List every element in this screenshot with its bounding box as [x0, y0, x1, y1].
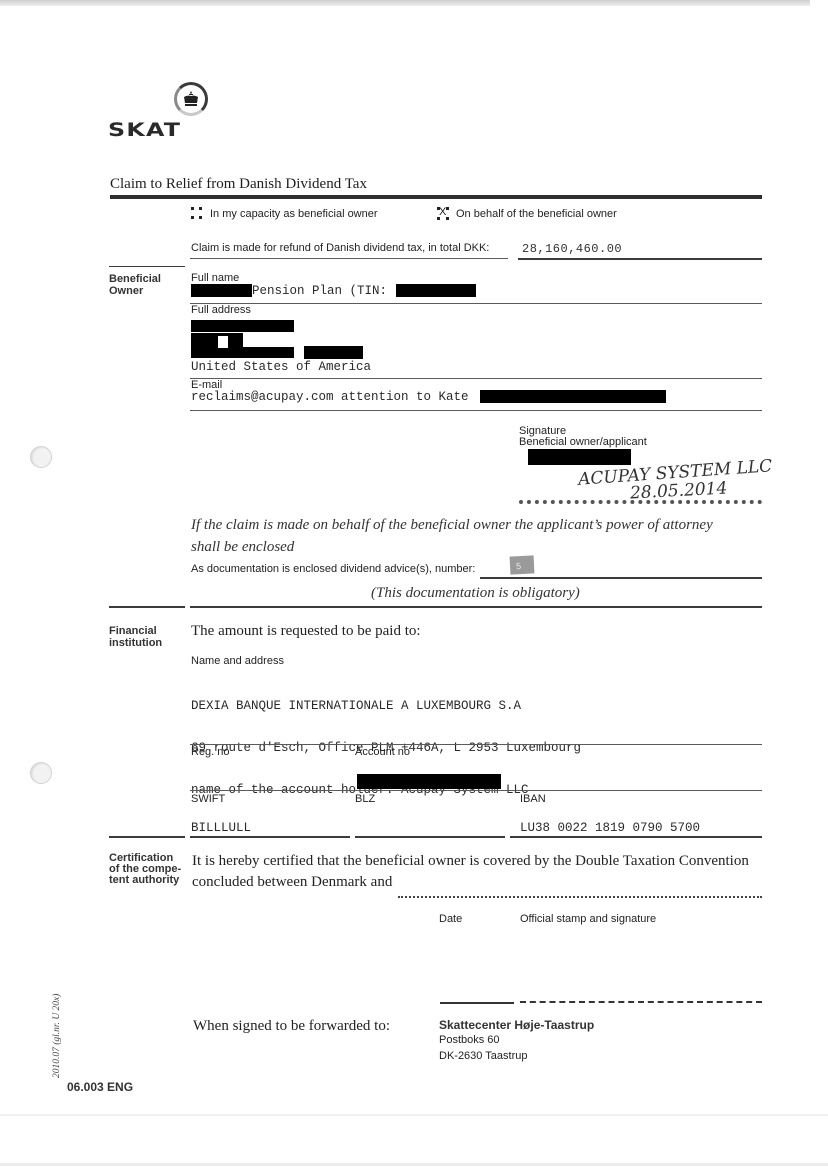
- rule: [518, 258, 762, 260]
- section-label-certification: Certification of the compe- tent authori…: [109, 853, 181, 886]
- form-code: 06.003 ENG: [67, 1080, 133, 1094]
- swift-label: SWIFT: [191, 793, 225, 805]
- capacity-owner-label: In my capacity as beneficial owner: [210, 208, 378, 220]
- payment-intro: The amount is requested to be paid to:: [191, 623, 421, 640]
- full-name-value: Pension Plan (TIN:: [252, 285, 387, 298]
- rule: [190, 836, 350, 838]
- rule: [190, 790, 762, 791]
- signature-label: Signature Beneficial owner/applicant: [519, 426, 647, 448]
- form-version-vertical: 2010.07 (gl.nr. U 20x): [52, 990, 64, 1078]
- form-title: Claim to Relief from Danish Dividend Tax: [110, 176, 367, 193]
- section-label-beneficial-owner: Beneficial Owner: [109, 273, 161, 297]
- rule: [440, 1002, 514, 1004]
- rule: [190, 303, 762, 304]
- capacity-owner-checkbox[interactable]: [191, 207, 203, 219]
- reg-no-label: Reg. no: [191, 746, 230, 758]
- address-country: United States of America: [191, 361, 371, 374]
- redaction-block: [191, 320, 294, 332]
- iban-label: IBAN: [520, 793, 546, 805]
- forwarding-address-1: Postboks 60: [439, 1034, 500, 1046]
- rule: [109, 836, 185, 838]
- rule: [190, 606, 762, 608]
- scan-edge-top: [0, 0, 810, 6]
- full-address-label: Full address: [191, 304, 251, 316]
- redaction-block: [396, 284, 476, 297]
- documentation-number-value: 5: [510, 555, 535, 574]
- capacity-behalf-label: On behalf of the beneficial owner: [456, 208, 617, 220]
- forwarding-address-2: DK-2630 Taastrup: [439, 1050, 527, 1062]
- blz-label: BLZ: [355, 793, 375, 805]
- signature-line[interactable]: [519, 500, 762, 504]
- certification-signature-line[interactable]: [398, 896, 762, 898]
- claim-amount-value: 28,160,460.00: [522, 242, 622, 256]
- scan-edge-bottom: [0, 1114, 828, 1116]
- rule: [190, 258, 508, 259]
- name-address-label: Name and address: [191, 655, 284, 667]
- punch-hole-icon: [30, 446, 52, 468]
- stamp-label: Official stamp and signature: [520, 913, 656, 925]
- title-rule: [110, 195, 762, 199]
- power-of-attorney-note: If the claim is made on behalf of the be…: [191, 514, 713, 558]
- date-label: Date: [439, 913, 462, 925]
- rule: [480, 577, 762, 579]
- redaction-block: [304, 346, 363, 359]
- rule: [190, 410, 762, 411]
- redaction-block: [528, 449, 631, 465]
- obligatory-note: (This documentation is obligatory): [371, 585, 580, 602]
- rule: [190, 378, 762, 379]
- capacity-behalf-checkbox[interactable]: X: [437, 207, 449, 219]
- crown-icon: [174, 82, 208, 116]
- skat-logo-text: SKAT: [108, 119, 181, 141]
- swift-value: BILLLULL: [191, 822, 251, 835]
- redaction-gap: [243, 333, 294, 347]
- checkbox-x-mark: X: [439, 206, 446, 218]
- email-value: reclaims@acupay.com attention to Kate: [191, 391, 469, 404]
- account-no-redaction: [357, 774, 501, 789]
- scan-edge-bottom-2: [0, 1163, 828, 1166]
- full-name-label: Full name: [191, 272, 239, 284]
- iban-value: LU38 0022 1819 0790 5700: [520, 822, 700, 835]
- rule: [109, 266, 185, 267]
- claim-amount-label: Claim is made for refund of Danish divid…: [191, 242, 489, 254]
- documentation-label: As documentation is enclosed dividend ad…: [191, 563, 475, 575]
- section-label-financial-institution: Financial institution: [109, 625, 162, 649]
- rule: [520, 1001, 762, 1003]
- forwarding-office: Skattecenter Høje-Taastrup: [439, 1018, 594, 1032]
- punch-hole-icon: [30, 762, 52, 784]
- forwarding-label: When signed to be forwarded to:: [193, 1018, 390, 1035]
- rule: [510, 836, 762, 838]
- account-no-label: Account no: [355, 746, 410, 758]
- certification-text: It is hereby certified that the benefici…: [192, 851, 749, 893]
- rule: [109, 606, 185, 608]
- redaction-gap: [218, 336, 228, 348]
- rule: [355, 836, 505, 838]
- redaction-block: [480, 390, 666, 403]
- redaction-block: [191, 284, 252, 297]
- rule: [190, 744, 762, 745]
